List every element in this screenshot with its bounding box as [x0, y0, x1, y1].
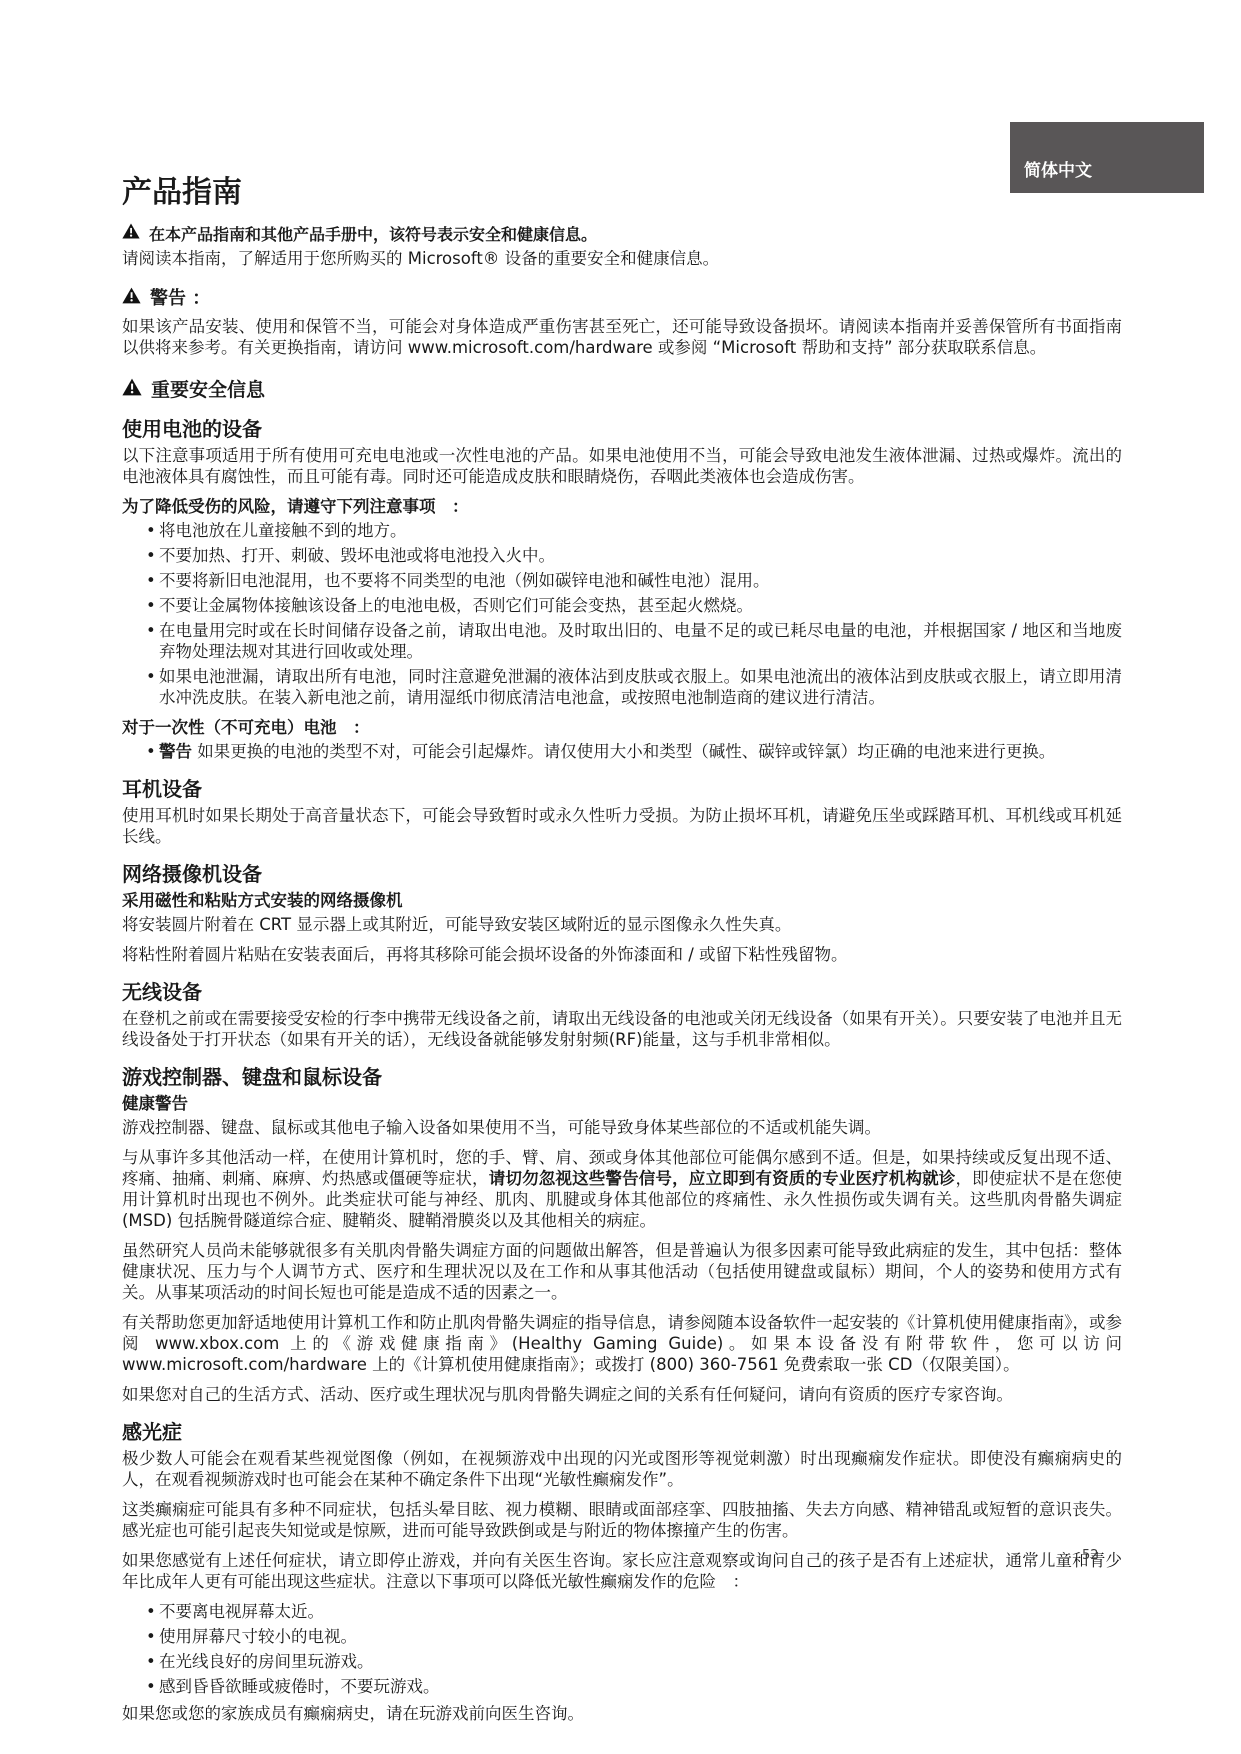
health-paragraph-2: 与从事许多其他活动一样，在使用计算机时，您的手、臂、肩、颈或身体其他部位可能偶尔… [122, 1147, 1122, 1231]
wireless-body: 在登机之前或在需要接受安检的行李中携带无线设备之前，请取出无线设备的电池或关闭无… [122, 1008, 1122, 1050]
page-number: 52 [1082, 1548, 1099, 1563]
list-item: 不要加热、打开、刺破、毁坏电池或将电池投入火中。 [149, 545, 1122, 566]
disposable-battery-heading: 对于一次性（不可充电）电池 ： [122, 717, 1122, 738]
warning-body: 如果该产品安装、使用和保管不当，可能会对身体造成严重伤害甚至死亡，还可能导致设备… [122, 316, 1122, 358]
headphone-section-heading: 耳机设备 [122, 777, 1122, 801]
list-item: 将电池放在儿童接触不到的地方。 [149, 520, 1122, 541]
health-paragraph-2-bold: 请切勿忽视这些警告信号，应立即到有资质的专业医疗机构就诊 [489, 1169, 956, 1188]
list-item: 感到昏昏欲睡或疲倦时，不要玩游戏。 [149, 1676, 1122, 1697]
warning-triangle-icon [122, 287, 141, 309]
headphone-body: 使用耳机时如果长期处于高音量状态下，可能会导致暂时或永久性听力受损。为防止损坏耳… [122, 805, 1122, 847]
warning-triangle-icon [122, 378, 142, 401]
battery-intro: 以下注意事项适用于所有使用可充电电池或一次性电池的产品。如果电池使用不当，可能会… [122, 445, 1122, 487]
inline-warning-label: 警告 [159, 742, 192, 761]
page-content: 产品指南 在本产品指南和其他产品手册中，该符号表示安全和健康信息。 请阅读本指南… [122, 176, 1122, 1733]
warning-heading: 警告 ： [122, 284, 1122, 310]
photosensitive-paragraph-1: 极少数人可能会在观看某些视觉图像（例如，在视频游戏中出现的闪光或图形等视觉刺激）… [122, 1448, 1122, 1490]
disposable-battery-list: 警告 如果更换的电池的类型不对，可能会引起爆炸。请仅使用大小和类型（碱性、碳锌或… [122, 741, 1122, 762]
webcam-subheading: 采用磁性和粘贴方式安装的网络摄像机 [122, 890, 1122, 911]
warning-triangle-icon [122, 223, 140, 243]
battery-precautions-heading: 为了降低受伤的风险，请遵守下列注意事项 ： [122, 496, 1122, 517]
photosensitive-paragraph-2: 这类癫痫症可能具有多种不同症状，包括头晕目眩、视力模糊、眼睛或面部痉挛、四肢抽搐… [122, 1499, 1122, 1541]
read-note: 请阅读本指南，了解适用于您所购买的 Microsoft® 设备的重要安全和健康信… [122, 248, 1122, 269]
battery-section-heading: 使用电池的设备 [122, 417, 1122, 441]
photosensitive-tips-list: 不要离电视屏幕太近。 使用屏幕尺寸较小的电视。 在光线良好的房间里玩游戏。 感到… [122, 1601, 1122, 1697]
warning-heading-label: 警告 ： [150, 284, 210, 310]
document-page: 简体中文 产品指南 在本产品指南和其他产品手册中，该符号表示安全和健康信息。 请… [0, 0, 1241, 1754]
wireless-section-heading: 无线设备 [122, 980, 1122, 1004]
health-paragraph-1: 游戏控制器、键盘、鼠标或其他电子输入设备如果使用不当，可能导致身体某些部位的不适… [122, 1117, 1122, 1138]
health-paragraph-4: 有关帮助您更加舒适地使用计算机工作和防止肌肉骨骼失调症的指导信息，请参阅随本设备… [122, 1312, 1122, 1375]
list-item: 使用屏幕尺寸较小的电视。 [149, 1626, 1122, 1647]
health-warning-subheading: 健康警告 [122, 1093, 1122, 1114]
page-title: 产品指南 [122, 176, 1122, 210]
controllers-section-heading: 游戏控制器、键盘和鼠标设备 [122, 1065, 1122, 1089]
symbol-note-text: 在本产品指南和其他产品手册中，该符号表示安全和健康信息。 [149, 222, 597, 245]
inline-warning-text: 如果更换的电池的类型不对，可能会引起爆炸。请仅使用大小和类型（碱性、碳锌或锌氯）… [192, 742, 1055, 761]
webcam-section-heading: 网络摄像机设备 [122, 862, 1122, 886]
list-item: 警告 如果更换的电池的类型不对，可能会引起爆炸。请仅使用大小和类型（碱性、碳锌或… [149, 741, 1122, 762]
battery-precautions-list: 将电池放在儿童接触不到的地方。 不要加热、打开、刺破、毁坏电池或将电池投入火中。… [122, 520, 1122, 708]
photosensitive-section-heading: 感光症 [122, 1420, 1122, 1444]
list-item: 在光线良好的房间里玩游戏。 [149, 1651, 1122, 1672]
list-item: 不要让金属物体接触该设备上的电池电极，否则它们可能会变热，甚至起火燃烧。 [149, 595, 1122, 616]
list-item: 不要将新旧电池混用，也不要将不同类型的电池（例如碳锌电池和碱性电池）混用。 [149, 570, 1122, 591]
symbol-note-line: 在本产品指南和其他产品手册中，该符号表示安全和健康信息。 [122, 222, 1122, 245]
important-safety-heading: 重要安全信息 [122, 375, 1122, 402]
list-item: 不要离电视屏幕太近。 [149, 1601, 1122, 1622]
webcam-paragraph-1: 将安装圆片附着在 CRT 显示器上或其附近，可能导致安装区域附近的显示图像永久性… [122, 914, 1122, 935]
photosensitive-paragraph-4: 如果您或您的家族成员有癫痫病史，请在玩游戏前向医生咨询。 [122, 1703, 1122, 1724]
webcam-paragraph-2: 将粘性附着圆片粘贴在安装表面后，再将其移除可能会损坏设备的外饰漆面和 / 或留下… [122, 944, 1122, 965]
list-item: 如果电池泄漏，请取出所有电池，同时注意避免泄漏的液体沾到皮肤或衣服上。如果电池流… [149, 666, 1122, 708]
health-paragraph-3: 虽然研究人员尚未能够就很多有关肌肉骨骼失调症方面的问题做出解答，但是普遍认为很多… [122, 1240, 1122, 1303]
health-paragraph-5: 如果您对自己的生活方式、活动、医疗或生理状况与肌肉骨骼失调症之间的关系有任何疑问… [122, 1384, 1122, 1405]
important-safety-heading-label: 重要安全信息 [151, 375, 265, 402]
photosensitive-paragraph-3: 如果您感觉有上述任何症状，请立即停止游戏，并向有关医生咨询。家长应注意观察或询问… [122, 1550, 1122, 1592]
list-item: 在电量用完时或在长时间储存设备之前，请取出电池。及时取出旧的、电量不足的或已耗尽… [149, 620, 1122, 662]
